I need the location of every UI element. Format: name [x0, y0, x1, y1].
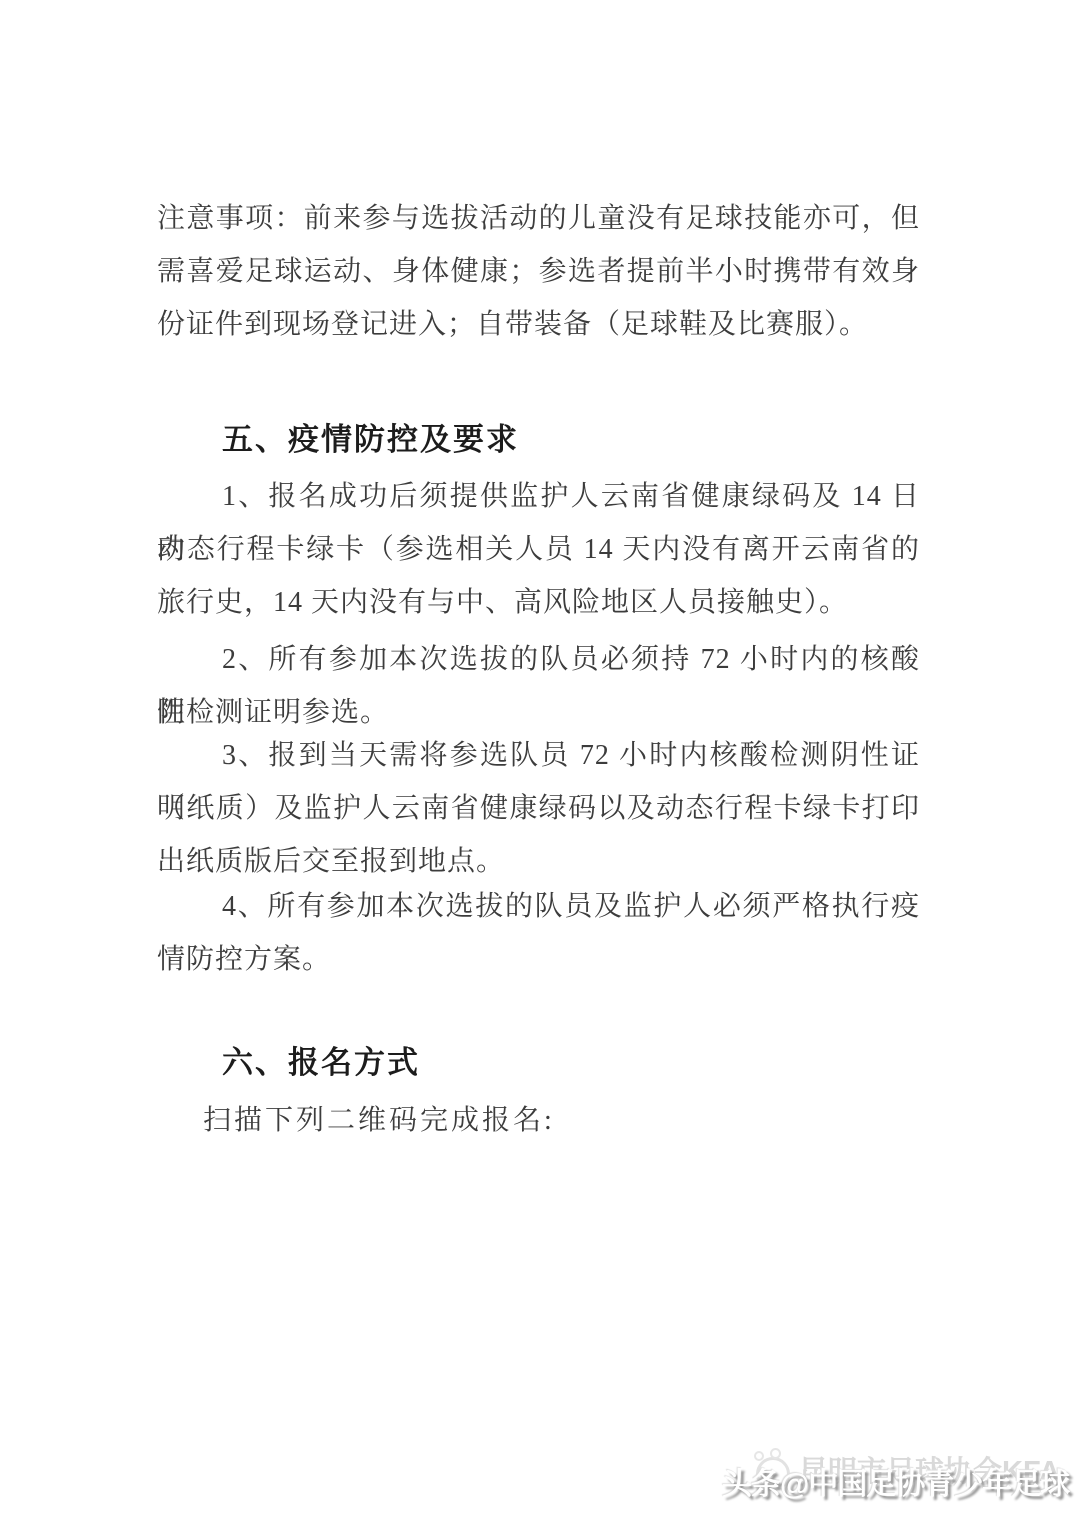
- item-line: 1、报名成功后须提供监护人云南省健康绿码及 14 日内: [157, 470, 920, 523]
- section5-item2: 2、所有参加本次选拔的队员必须持 72 小时内的核酸阴 性检测证明参选。: [157, 633, 920, 739]
- scan-qr-instruction: 扫描下列二维码完成报名:: [157, 1094, 920, 1147]
- notice-line: 需喜爱足球运动、身体健康；参选者提前半小时携带有效身: [157, 245, 920, 298]
- item-line: 旅行史，14 天内没有与中、高风险地区人员接触史）。: [157, 576, 920, 629]
- section5-item4: 4、所有参加本次选拔的队员及监护人必须严格执行疫 情防控方案。: [157, 880, 920, 986]
- item-line: 3、报到当天需将参选队员 72 小时内核酸检测阴性证明: [157, 729, 920, 782]
- notice-line: 份证件到现场登记进入；自带装备（足球鞋及比赛服）。: [157, 298, 920, 351]
- section5-heading: 五、疫情防控及要求: [157, 412, 920, 468]
- item-line: 2、所有参加本次选拔的队员必须持 72 小时内的核酸阴: [157, 633, 920, 686]
- toutiao-watermark-text: 头条@中国足协青少年足球: [722, 1468, 1069, 1502]
- item-line: 4、所有参加本次选拔的队员及监护人必须严格执行疫: [157, 880, 920, 933]
- item-line: 情防控方案。: [157, 933, 920, 986]
- notice-paragraph: 注意事项：前来参与选拔活动的儿童没有足球技能亦可，但 需喜爱足球运动、身体健康；…: [157, 192, 920, 351]
- document-page: 注意事项：前来参与选拔活动的儿童没有足球技能亦可，但 需喜爱足球运动、身体健康；…: [0, 0, 1080, 1526]
- notice-line: 注意事项：前来参与选拔活动的儿童没有足球技能亦可，但: [157, 192, 920, 245]
- section5-item1: 1、报名成功后须提供监护人云南省健康绿码及 14 日内 动态行程卡绿卡（参选相关…: [157, 470, 920, 629]
- section6-heading: 六、报名方式: [157, 1035, 920, 1091]
- item-line: （纸质）及监护人云南省健康绿码以及动态行程卡绿卡打印: [157, 782, 920, 835]
- item-line: 动态行程卡绿卡（参选相关人员 14 天内没有离开云南省的: [157, 523, 920, 576]
- section5-item3: 3、报到当天需将参选队员 72 小时内核酸检测阴性证明 （纸质）及监护人云南省健…: [157, 729, 920, 888]
